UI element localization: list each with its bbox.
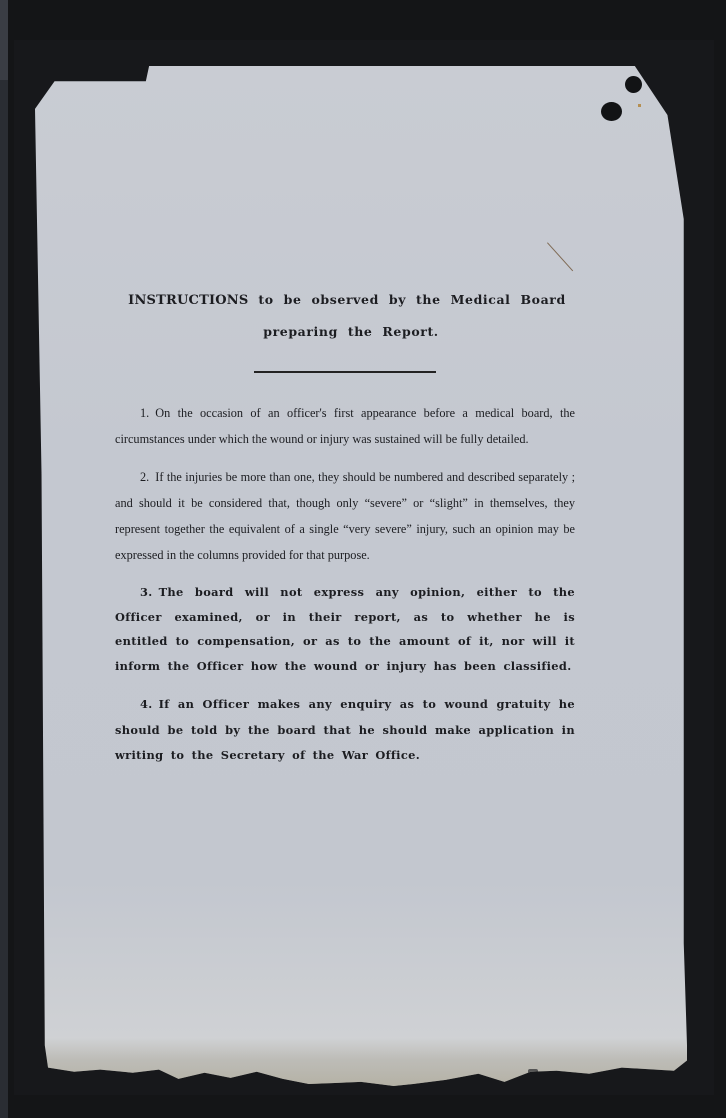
scanner-edge-strip [0,0,8,1118]
instruction-paragraph-3: 3.The board will not express any opinion… [115,580,575,678]
document-page: INSTRUCTIONS to be observed by the Medic… [35,66,687,1086]
paragraph-text: The board will not express any opinion, … [115,585,575,673]
paragraph-number: 3. [140,580,153,605]
instruction-paragraph-4: 4.If an Officer makes any enquiry as to … [115,692,575,769]
paragraph-text: On the occasion of an officer's first ap… [115,406,575,446]
instruction-paragraph-1: 1.On the occasion of an officer's first … [115,400,575,452]
paragraph-text: If the injuries be more than one, they s… [115,470,575,562]
instruction-paragraph-2: 2.If the injuries be more than one, they… [115,464,575,568]
heading-rest: to be observed by the Medical Board [258,292,565,307]
paragraph-number: 1. [140,400,149,426]
document-heading: INSTRUCTIONS to be observed by the Medic… [21,292,673,308]
document-content: INSTRUCTIONS to be observed by the Medic… [35,66,687,1086]
paragraph-text: If an Officer makes any enquiry as to wo… [115,697,575,762]
heading-divider [254,371,436,373]
document-subheading: preparing the Report. [25,324,677,339]
paragraph-number: 2. [140,464,149,490]
heading-strong: INSTRUCTIONS [128,293,248,308]
paragraph-number: 4. [140,692,153,718]
